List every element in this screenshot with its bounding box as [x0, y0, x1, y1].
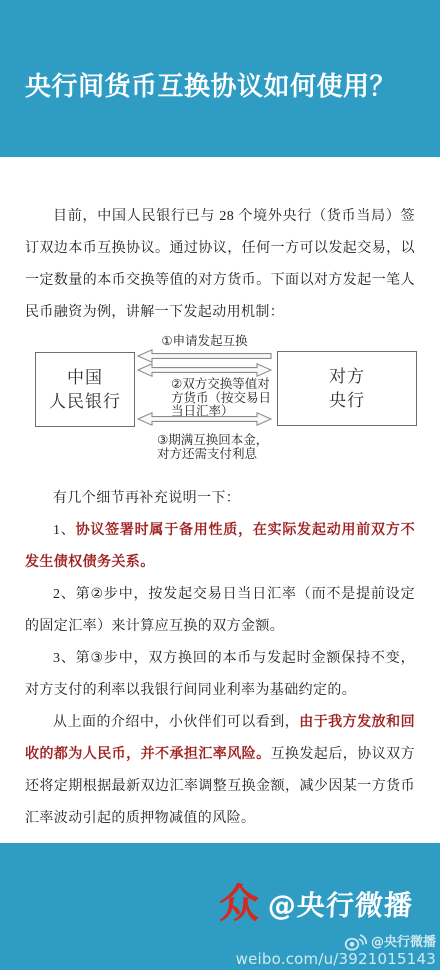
step1-label: ①申请发起互换: [137, 335, 272, 349]
note-2: 2、第②步中，按发起交易日当日汇率（而不是提前设定的固定汇率）来计算应互换的双方…: [25, 579, 415, 643]
counterparty-box-line1: 对方: [329, 365, 365, 389]
arrow-both-icon: [137, 412, 272, 426]
article-body: 目前，中国人民银行已与 28 个境外央行（货币当局）签订双边本币互换协议。通过协…: [0, 157, 440, 843]
watermark-account-row: @央行微播: [236, 933, 436, 951]
weibo-watermark: @央行微播 weibo.com/u/3921015143: [236, 933, 436, 968]
step3-label-line1: ③期满互换回本金，: [157, 434, 268, 448]
arrow-left-icon: [137, 349, 272, 363]
note-1-highlight: 协议签署时属于备用性质，在实际发起动用前双方不发生债权债务关系。: [25, 523, 415, 570]
pboc-logo-icon: 众: [219, 883, 259, 925]
header-banner: 央行间货币互换协议如何使用？: [0, 0, 440, 157]
conclusion-lead: 从上面的介绍中，小伙伴们可以看到，: [53, 715, 299, 730]
pboc-box: 中国 人民银行: [35, 352, 135, 427]
pboc-box-line2: 人民银行: [49, 390, 121, 414]
arrow-both-icon: [137, 363, 272, 377]
counterparty-box: 对方 央行: [277, 351, 417, 426]
note-3: 3、第③步中，双方换回的本币与发起时金额保持不变，对方支付的利率以我银行间同业利…: [25, 643, 415, 707]
brand-row: 众 @央行微播: [219, 883, 413, 925]
pboc-box-line1: 中国: [67, 366, 103, 390]
step2-label-line1: ②双方交换等值对: [171, 378, 271, 392]
intro-paragraph: 目前，中国人民银行已与 28 个境外央行（货币当局）签订双边本币互换协议。通过协…: [25, 201, 415, 329]
counterparty-box-line2: 央行: [329, 389, 365, 413]
weibo-icon: [344, 933, 368, 951]
conclusion-paragraph: 从上面的介绍中，小伙伴们可以看到，由于我方发放和回收的都为人民币，并不承担汇率风…: [25, 707, 415, 835]
step2-label-line2: 方货币（按交易日: [171, 392, 271, 406]
infographic-page: 央行间货币互换协议如何使用？ 目前，中国人民银行已与 28 个境外央行（货币当局…: [0, 0, 440, 970]
note-1-number: 1、: [53, 523, 76, 538]
step3-label: ③期满互换回本金， 对方还需支付利息: [157, 434, 268, 461]
step3-label-line2: 对方还需支付利息: [157, 448, 268, 462]
note-1: 1、协议签署时属于备用性质，在实际发起动用前双方不发生债权债务关系。: [25, 515, 415, 579]
footer-account-name: @央行微播: [267, 884, 414, 924]
watermark-url: weibo.com/u/3921015143: [236, 951, 436, 968]
watermark-account: @央行微播: [371, 935, 436, 950]
page-title: 央行间货币互换协议如何使用？: [25, 66, 396, 103]
footer-banner: 众 @央行微播 @央行微播 weibo.com/u/3921015143: [0, 843, 440, 970]
swap-flow-diagram: 中国 人民银行 对方 央行 ①申请发起互换 ②双方交换等值对 方货币（按交易日 …: [25, 335, 415, 471]
supplement-intro: 有几个细节再补充说明一下：: [25, 483, 415, 515]
